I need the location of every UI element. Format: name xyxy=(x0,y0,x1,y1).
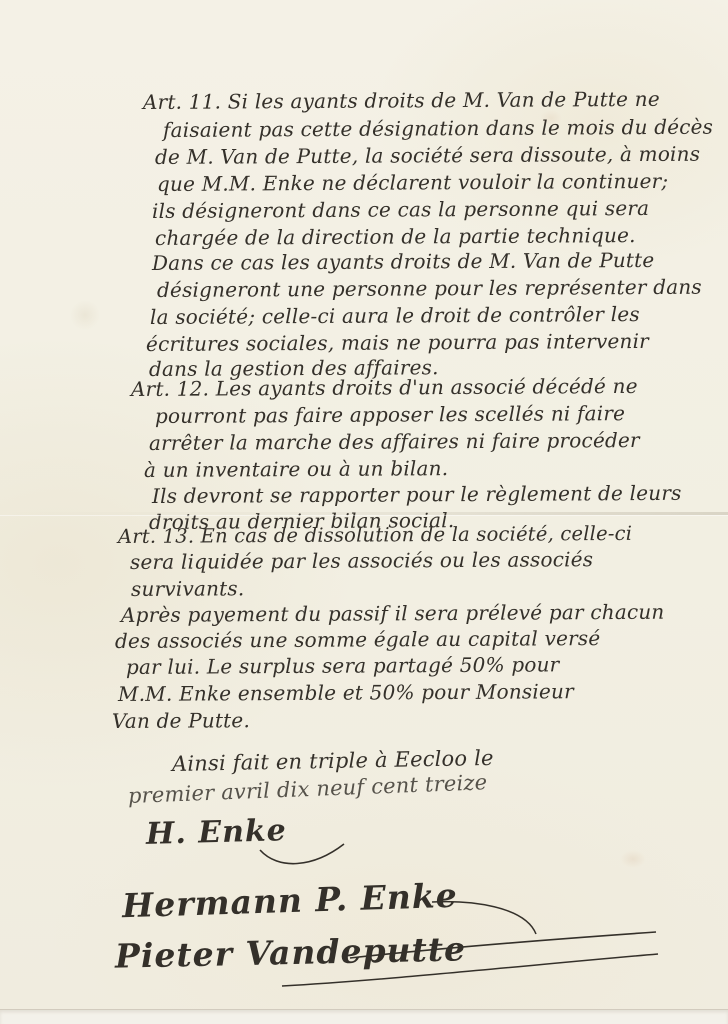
signature-pieter-vandeputte: Pieter Vandeputte xyxy=(115,932,467,972)
manuscript-line: Van de Putte. xyxy=(112,710,250,731)
manuscript-line: de M. Van de Putte, la société sera diss… xyxy=(155,144,700,167)
manuscript-line: chargée de la direction de la partie tec… xyxy=(155,225,636,248)
paper-stain xyxy=(620,850,646,868)
manuscript-line: des associés une somme égale au capital … xyxy=(115,628,600,651)
manuscript-line: Art. 12. Les ayants droits d'un associé … xyxy=(131,376,638,399)
manuscript-line: Dans ce cas les ayants droits de M. Van … xyxy=(152,250,655,273)
manuscript-line: M.M. Enke ensemble et 50% pour Monsieur xyxy=(118,681,574,704)
manuscript-line: par lui. Le surplus sera partagé 50% pou… xyxy=(126,654,560,677)
page-edge xyxy=(0,1009,728,1024)
manuscript-line: Après payement du passif il sera prélevé… xyxy=(121,602,665,625)
manuscript-line: que M.M. Enke ne déclarent vouloir la co… xyxy=(157,171,668,194)
paper-stain xyxy=(70,300,100,330)
manuscript-line: Art. 13. En cas de dissolution de la soc… xyxy=(118,524,632,547)
manuscript-line: Art. 11. Si les ayants droits de M. Van … xyxy=(143,89,660,112)
manuscript-line: écritures sociales, mais ne pourra pas i… xyxy=(146,331,649,354)
manuscript-line: premier avril dix neuf cent treize xyxy=(128,772,488,807)
signature-h-enke: H. Enke xyxy=(146,816,288,850)
manuscript-line: survivants. xyxy=(131,578,244,599)
manuscript-line: désigneront une personne pour les représ… xyxy=(157,277,702,300)
manuscript-line: à un inventaire ou à un bilan. xyxy=(144,458,448,480)
manuscript-line: faisaient pas cette désignation dans le … xyxy=(163,117,713,140)
manuscript-line: la société; celle-ci aura le droit de co… xyxy=(150,304,640,327)
manuscript-line: pourront pas faire apposer les scellés n… xyxy=(155,403,625,426)
manuscript-line: ils désigneront dans ce cas la personne … xyxy=(152,198,649,221)
signature-hermann-p-enke: Hermann P. Enke xyxy=(122,879,459,923)
manuscript-line: sera liquidée par les associés ou les as… xyxy=(130,549,593,572)
scanned-page: Art. 11. Si les ayants droits de M. Van … xyxy=(0,0,728,1024)
manuscript-line: Ils devront se rapporter pour le règleme… xyxy=(152,483,682,506)
fold-crease xyxy=(0,512,728,515)
manuscript-line: arrêter la marche des affaires ni faire … xyxy=(149,430,640,453)
